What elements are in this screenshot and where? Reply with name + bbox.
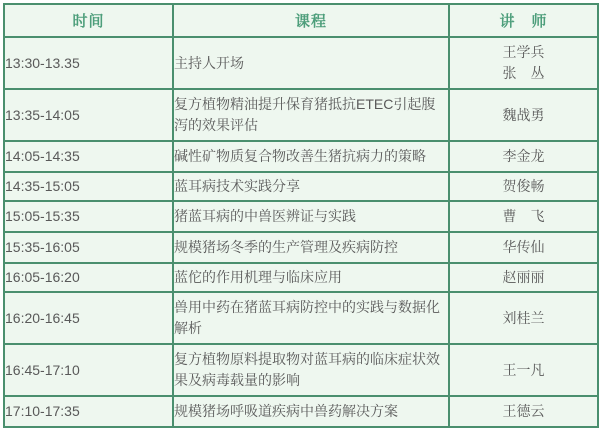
time-cell: 17:10-17:35: [4, 396, 173, 427]
table-row: 13:30-13.35 主持人开场 王学兵 张 丛: [4, 37, 598, 89]
speaker-cell: 魏战勇: [449, 89, 598, 141]
table-row: 17:10-17:35 规模猪场呼吸道疾病中兽药解决方案 王德云: [4, 396, 598, 427]
time-cell: 16:20-16:45: [4, 292, 173, 344]
header-course: 课程: [173, 4, 449, 37]
time-cell: 16:45-17:10: [4, 344, 173, 396]
table-row: 14:05-14:35 碱性矿物质复合物改善生猪抗病力的策略 李金龙: [4, 141, 598, 172]
speaker-cell: 李金龙: [449, 141, 598, 172]
speaker-cell: 刘桂兰: [449, 292, 598, 344]
table-row: 16:20-16:45 兽用中药在猪蓝耳病防控中的实践与数据化解析 刘桂兰: [4, 292, 598, 344]
header-time: 时间: [4, 4, 173, 37]
course-cell: 蓝耳病技术实践分享: [173, 172, 449, 201]
table-row: 16:45-17:10 复方植物原料提取物对蓝耳病的临床症状效果及病毒载量的影响…: [4, 344, 598, 396]
time-cell: 16:05-16:20: [4, 263, 173, 292]
course-cell: 碱性矿物质复合物改善生猪抗病力的策略: [173, 141, 449, 172]
speaker-cell: 王德云: [449, 396, 598, 427]
table-row: 16:05-16:20 蓝佗的作用机理与临床应用 赵丽丽: [4, 263, 598, 292]
table-row: 15:35-16:05 规模猪场冬季的生产管理及疾病防控 华传仙: [4, 232, 598, 263]
speaker-cell: 王学兵 张 丛: [449, 37, 598, 89]
course-cell: 兽用中药在猪蓝耳病防控中的实践与数据化解析: [173, 292, 449, 344]
schedule-table: 时间 课程 讲 师 13:30-13.35 主持人开场 王学兵 张 丛 13:3…: [3, 3, 599, 428]
speaker-cell: 贺俊畅: [449, 172, 598, 201]
course-cell: 规模猪场冬季的生产管理及疾病防控: [173, 232, 449, 263]
table-row: 15:05-15:35 猪蓝耳病的中兽医辨证与实践 曹 飞: [4, 201, 598, 232]
speaker-cell: 曹 飞: [449, 201, 598, 232]
time-cell: 13:35-14:05: [4, 89, 173, 141]
course-cell: 蓝佗的作用机理与临床应用: [173, 263, 449, 292]
speaker-cell: 王一凡: [449, 344, 598, 396]
time-cell: 14:05-14:35: [4, 141, 173, 172]
course-cell: 猪蓝耳病的中兽医辨证与实践: [173, 201, 449, 232]
course-cell: 复方植物精油提升保育猪抵抗ETEC引起腹泻的效果评估: [173, 89, 449, 141]
time-cell: 15:35-16:05: [4, 232, 173, 263]
speaker-cell: 赵丽丽: [449, 263, 598, 292]
header-speaker: 讲 师: [449, 4, 598, 37]
time-cell: 14:35-15:05: [4, 172, 173, 201]
table-row: 14:35-15:05 蓝耳病技术实践分享 贺俊畅: [4, 172, 598, 201]
header-row: 时间 课程 讲 师: [4, 4, 598, 37]
course-cell: 规模猪场呼吸道疾病中兽药解决方案: [173, 396, 449, 427]
speaker-cell: 华传仙: [449, 232, 598, 263]
time-cell: 13:30-13.35: [4, 37, 173, 89]
time-cell: 15:05-15:35: [4, 201, 173, 232]
agenda-container: 时间 课程 讲 师 13:30-13.35 主持人开场 王学兵 张 丛 13:3…: [3, 3, 599, 428]
course-cell: 主持人开场: [173, 37, 449, 89]
course-cell: 复方植物原料提取物对蓝耳病的临床症状效果及病毒载量的影响: [173, 344, 449, 396]
table-row: 13:35-14:05 复方植物精油提升保育猪抵抗ETEC引起腹泻的效果评估 魏…: [4, 89, 598, 141]
